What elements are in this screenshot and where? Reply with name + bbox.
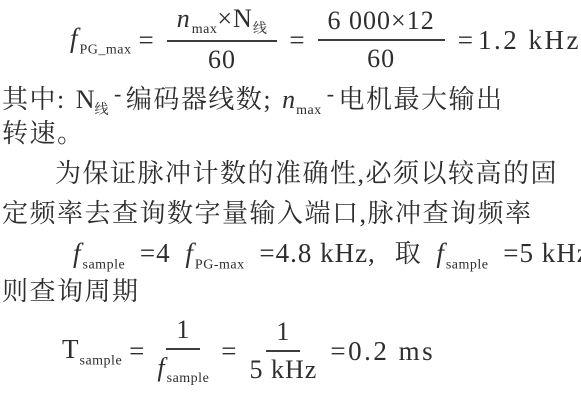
N-subscript: 线: [253, 22, 268, 37]
equals-4: =4: [140, 238, 171, 268]
scanned-document-page: fPG_max = nmax×N线 60 = 6 000×12 60 = 1.2…: [0, 0, 581, 397]
formula-fpg-max: fPG_max = nmax×N线 60 = 6 000×12 60 = 1.2…: [0, 6, 581, 74]
equals-sign: =: [139, 25, 155, 56]
definition-dash: -: [327, 74, 336, 114]
equals-sign: =: [221, 336, 237, 367]
T-symbol: T: [62, 334, 80, 364]
pg-max-subscript: PG-max: [195, 257, 245, 272]
fraction-numerator: 1: [266, 318, 300, 352]
f-symbol: f: [185, 238, 195, 268]
n-max-symbol: nmax: [282, 85, 322, 114]
f-symbol: f: [73, 238, 83, 268]
fsample-lhs: fsample: [73, 238, 125, 268]
equals-sign: =: [289, 25, 305, 56]
times-sign: ×: [217, 4, 233, 33]
fraction-1-over-fsample: 1 fsample: [157, 316, 209, 386]
definition-dash: -: [114, 74, 123, 114]
f-symbol: f: [436, 238, 446, 268]
fraction-6000x12-over-60: 6 000×12 60: [318, 7, 445, 73]
fraction-denominator: 5 kHz: [250, 352, 318, 385]
formula-tsample: Tsample = 1 fsample = 1 5 kHz =0.2 ms: [0, 312, 581, 390]
n-subscript: max: [192, 22, 218, 37]
fraction-denominator: 60: [208, 42, 236, 75]
fraction-numerator: 6 000×12: [318, 7, 445, 41]
N-symbol: N: [76, 85, 95, 114]
fsample-term: fsample: [436, 238, 488, 268]
fraction-numerator: nmax×N线: [167, 5, 278, 42]
n-subscript: max: [296, 103, 322, 118]
sample-subscript: sample: [446, 257, 489, 272]
where-definition-line-1: 其中: N线-编码器线数; nmax-电机最大输出: [0, 74, 581, 114]
tsample-lhs: Tsample: [62, 334, 122, 368]
sample-subscript: sample: [167, 371, 210, 386]
where-prefix: 其中:: [2, 85, 66, 114]
fpg-lhs-symbol: f: [70, 23, 80, 53]
fraction-1-over-5khz: 1 5 kHz: [250, 318, 318, 384]
equals-5-khz: =5 kHz: [503, 238, 581, 268]
tsample-result-value: =0.2 ms: [330, 336, 435, 367]
pulse-paragraph-line-1: 为保证脉冲计数的准确性,必须以较高的固: [0, 154, 581, 194]
equals-sign: =: [129, 336, 145, 367]
fpg-result-value: 1.2 kHz: [478, 25, 581, 56]
f-symbol: f: [157, 353, 166, 382]
take-word: 取: [395, 239, 421, 268]
N-symbol: N: [233, 4, 253, 33]
sample-subscript: sample: [83, 257, 126, 272]
n-symbol: n: [177, 4, 192, 33]
query-period-label: 则查询周期: [0, 272, 581, 312]
fraction-denominator: fsample: [157, 350, 209, 386]
sample-subscript: sample: [80, 353, 123, 368]
pulse-paragraph-line-2: 定频率去查询数字量输入端口,脉冲查询频率: [0, 194, 581, 234]
fraction-nmax-nline-over-60: nmax×N线 60: [167, 5, 278, 75]
where-definition-line-2: 转速。: [0, 114, 581, 154]
fraction-numerator: 1: [166, 316, 200, 350]
motor-max-output-definition: 电机最大输出: [339, 85, 504, 114]
N-line-symbol: N线: [76, 85, 109, 114]
equals-4-8-khz: =4.8 kHz,: [259, 238, 375, 268]
encoder-lines-definition: 编码器线数;: [126, 85, 272, 114]
fpg-lhs-subscript: PG_max: [80, 42, 132, 57]
fpg-lhs: fPG_max: [70, 23, 132, 57]
n-symbol: n: [282, 85, 296, 114]
equals-sign: =: [458, 25, 474, 56]
fraction-denominator: 60: [367, 41, 395, 74]
formula-fsample: fsample =4 fPG-max =4.8 kHz, 取 fsample =…: [0, 234, 581, 272]
N-subscript: 线: [95, 103, 110, 118]
fpg-max-term: fPG-max: [185, 238, 244, 268]
